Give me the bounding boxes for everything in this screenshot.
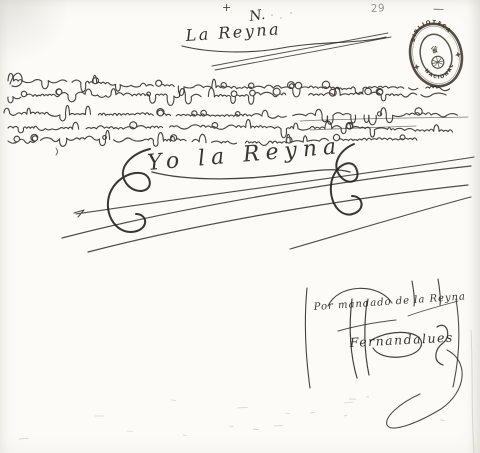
- bleedthrough-mark: [237, 407, 248, 408]
- manuscript-page: Five dense lines of 15th-century Spanish…: [0, 0, 480, 453]
- rubric-stroke: [305, 288, 310, 388]
- bleedthrough-mark: [183, 435, 187, 436]
- body-line: [8, 131, 417, 147]
- body-line: [8, 120, 453, 138]
- bleedthrough-mark: [310, 413, 315, 414]
- ink-speckles: [271, 12, 292, 19]
- library-stamp: BIBLIOTECA NACIONAL ♛: [403, 14, 469, 92]
- body-line: [4, 105, 457, 124]
- bleedthrough-mark: [19, 438, 29, 439]
- rubric-stroke: [338, 320, 396, 331]
- corner-cross: +: [222, 1, 231, 14]
- bleedthrough-mark: [344, 402, 353, 403]
- body-text-block: [4, 74, 457, 147]
- folio-number: 29: [371, 2, 386, 15]
- crown-icon: ♛: [429, 44, 440, 57]
- bleedthrough-marks: [19, 397, 445, 439]
- rubric-stroke: [290, 197, 471, 249]
- heading-la-reyna: La Reyna: [184, 19, 282, 45]
- body-line: [8, 74, 450, 97]
- body-sub-mark: [56, 148, 58, 155]
- countersign-order-line: Por mandado de la Reyna: [312, 291, 466, 313]
- bleedthrough-mark: [285, 413, 290, 414]
- bleedthrough-mark: [171, 400, 176, 401]
- rubric-stroke: [108, 149, 150, 232]
- body-line: [8, 87, 446, 105]
- paper-fold-line: [471, 330, 474, 453]
- bleedthrough-mark: [253, 429, 258, 430]
- bleedthrough-mark: [344, 415, 347, 416]
- orb-emblem: [431, 55, 446, 70]
- rubric-stroke: [74, 157, 474, 217]
- top-dash: —: [433, 2, 444, 15]
- bleedthrough-mark: [229, 426, 233, 427]
- rubric-stroke: [387, 350, 462, 428]
